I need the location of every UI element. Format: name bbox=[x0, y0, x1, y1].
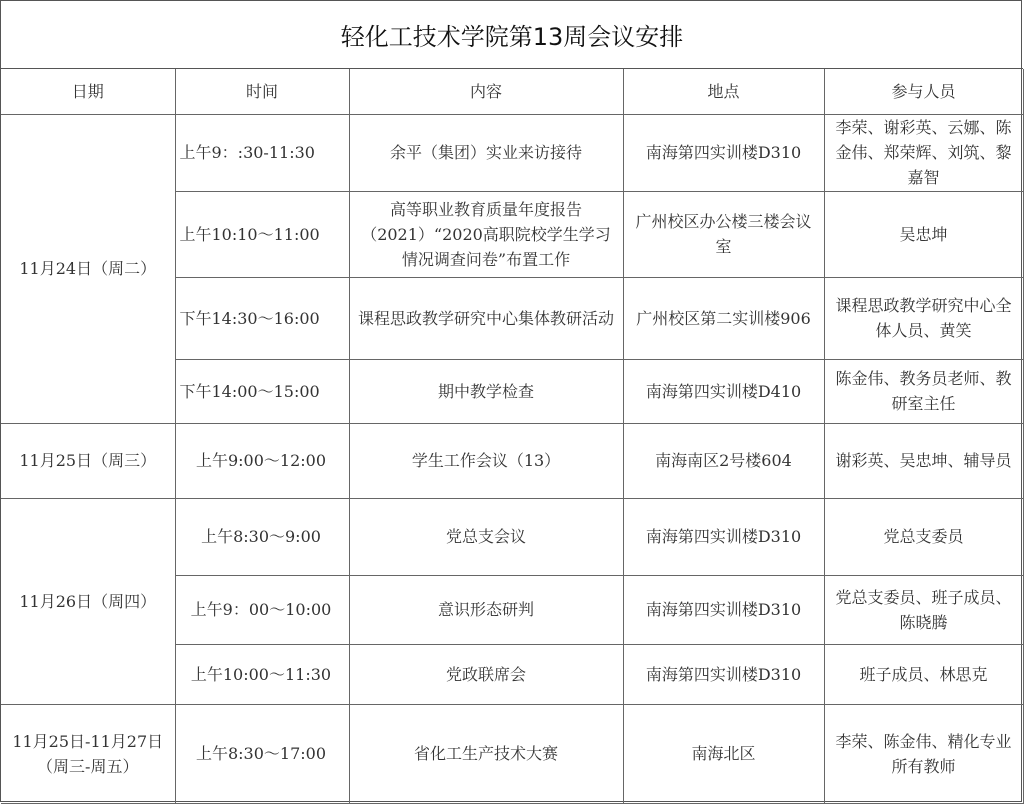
header-content: 内容 bbox=[349, 69, 623, 114]
time-cell: 上午10:00～11:30 bbox=[175, 644, 349, 704]
date-cell: 11月26日（周四） bbox=[1, 498, 175, 704]
content-cell: 党政联席会 bbox=[349, 644, 623, 704]
content-cell: 学生工作会议（13） bbox=[349, 423, 623, 498]
location-cell: 广州校区办公楼三楼会议室 bbox=[623, 191, 824, 277]
page-title: 轻化工技术学院第13周会议安排 bbox=[1, 1, 1023, 69]
table-row: 11月24日（周二） 上午9：:30-11:30 余平（集团）实业来访接待 南海… bbox=[1, 114, 1023, 191]
header-location: 地点 bbox=[623, 69, 824, 114]
table-row: 11月25日（周三） 上午9:00～12:00 学生工作会议（13） 南海南区2… bbox=[1, 423, 1023, 498]
content-cell: 期中教学检查 bbox=[349, 359, 623, 423]
location-cell: 南海第四实训楼D310 bbox=[623, 114, 824, 191]
time-cell: 上午8:30～9:00 bbox=[175, 498, 349, 575]
participants-cell: 李荣、谢彩英、云娜、陈金伟、郑荣辉、刘筑、黎嘉智 bbox=[824, 114, 1023, 191]
location-cell: 南海第四实训楼D310 bbox=[623, 498, 824, 575]
time-cell: 上午9：00～10:00 bbox=[175, 575, 349, 644]
content-cell: 省化工生产技术大赛 bbox=[349, 704, 623, 803]
meeting-schedule-sheet: 轻化工技术学院第13周会议安排 日期 时间 内容 地点 参与人员 11月24日（… bbox=[0, 0, 1022, 802]
participants-cell: 吴忠坤 bbox=[824, 191, 1023, 277]
location-cell: 南海第四实训楼D310 bbox=[623, 575, 824, 644]
participants-cell: 陈金伟、教务员老师、教研室主任 bbox=[824, 359, 1023, 423]
participants-cell: 班子成员、林思克 bbox=[824, 644, 1023, 704]
date-cell: 11月25日-11月27日（周三-周五） bbox=[1, 704, 175, 803]
location-cell: 南海北区 bbox=[623, 704, 824, 803]
content-cell: 课程思政教学研究中心集体教研活动 bbox=[349, 277, 623, 359]
location-cell: 南海第四实训楼D310 bbox=[623, 644, 824, 704]
time-cell: 上午10:10～11:00 bbox=[175, 191, 349, 277]
participants-cell: 谢彩英、吴忠坤、辅导员 bbox=[824, 423, 1023, 498]
date-cell: 11月25日（周三） bbox=[1, 423, 175, 498]
content-cell: 余平（集团）实业来访接待 bbox=[349, 114, 623, 191]
location-cell: 南海第四实训楼D410 bbox=[623, 359, 824, 423]
participants-cell: 课程思政教学研究中心全体人员、黄笑 bbox=[824, 277, 1023, 359]
participants-cell: 李荣、陈金伟、精化专业所有教师 bbox=[824, 704, 1023, 803]
content-cell: 高等职业教育质量年度报告（2021）“2020高职院校学生学习情况调查问卷”布置… bbox=[349, 191, 623, 277]
location-cell: 广州校区第二实训楼906 bbox=[623, 277, 824, 359]
header-participants: 参与人员 bbox=[824, 69, 1023, 114]
participants-cell: 党总支委员 bbox=[824, 498, 1023, 575]
location-cell: 南海南区2号楼604 bbox=[623, 423, 824, 498]
header-row: 日期 时间 内容 地点 参与人员 bbox=[1, 69, 1023, 114]
table-row: 11月25日-11月27日（周三-周五） 上午8:30～17:00 省化工生产技… bbox=[1, 704, 1023, 803]
time-cell: 上午8:30～17:00 bbox=[175, 704, 349, 803]
header-time: 时间 bbox=[175, 69, 349, 114]
time-cell: 下午14:30～16:00 bbox=[175, 277, 349, 359]
time-cell: 下午14:00～15:00 bbox=[175, 359, 349, 423]
schedule-table: 日期 时间 内容 地点 参与人员 11月24日（周二） 上午9：:30-11:3… bbox=[1, 69, 1024, 804]
header-date: 日期 bbox=[1, 69, 175, 114]
content-cell: 意识形态研判 bbox=[349, 575, 623, 644]
time-cell: 上午9:00～12:00 bbox=[175, 423, 349, 498]
content-cell: 党总支会议 bbox=[349, 498, 623, 575]
participants-cell: 党总支委员、班子成员、陈晓腾 bbox=[824, 575, 1023, 644]
table-row: 11月26日（周四） 上午8:30～9:00 党总支会议 南海第四实训楼D310… bbox=[1, 498, 1023, 575]
time-cell: 上午9：:30-11:30 bbox=[175, 114, 349, 191]
date-cell: 11月24日（周二） bbox=[1, 114, 175, 423]
